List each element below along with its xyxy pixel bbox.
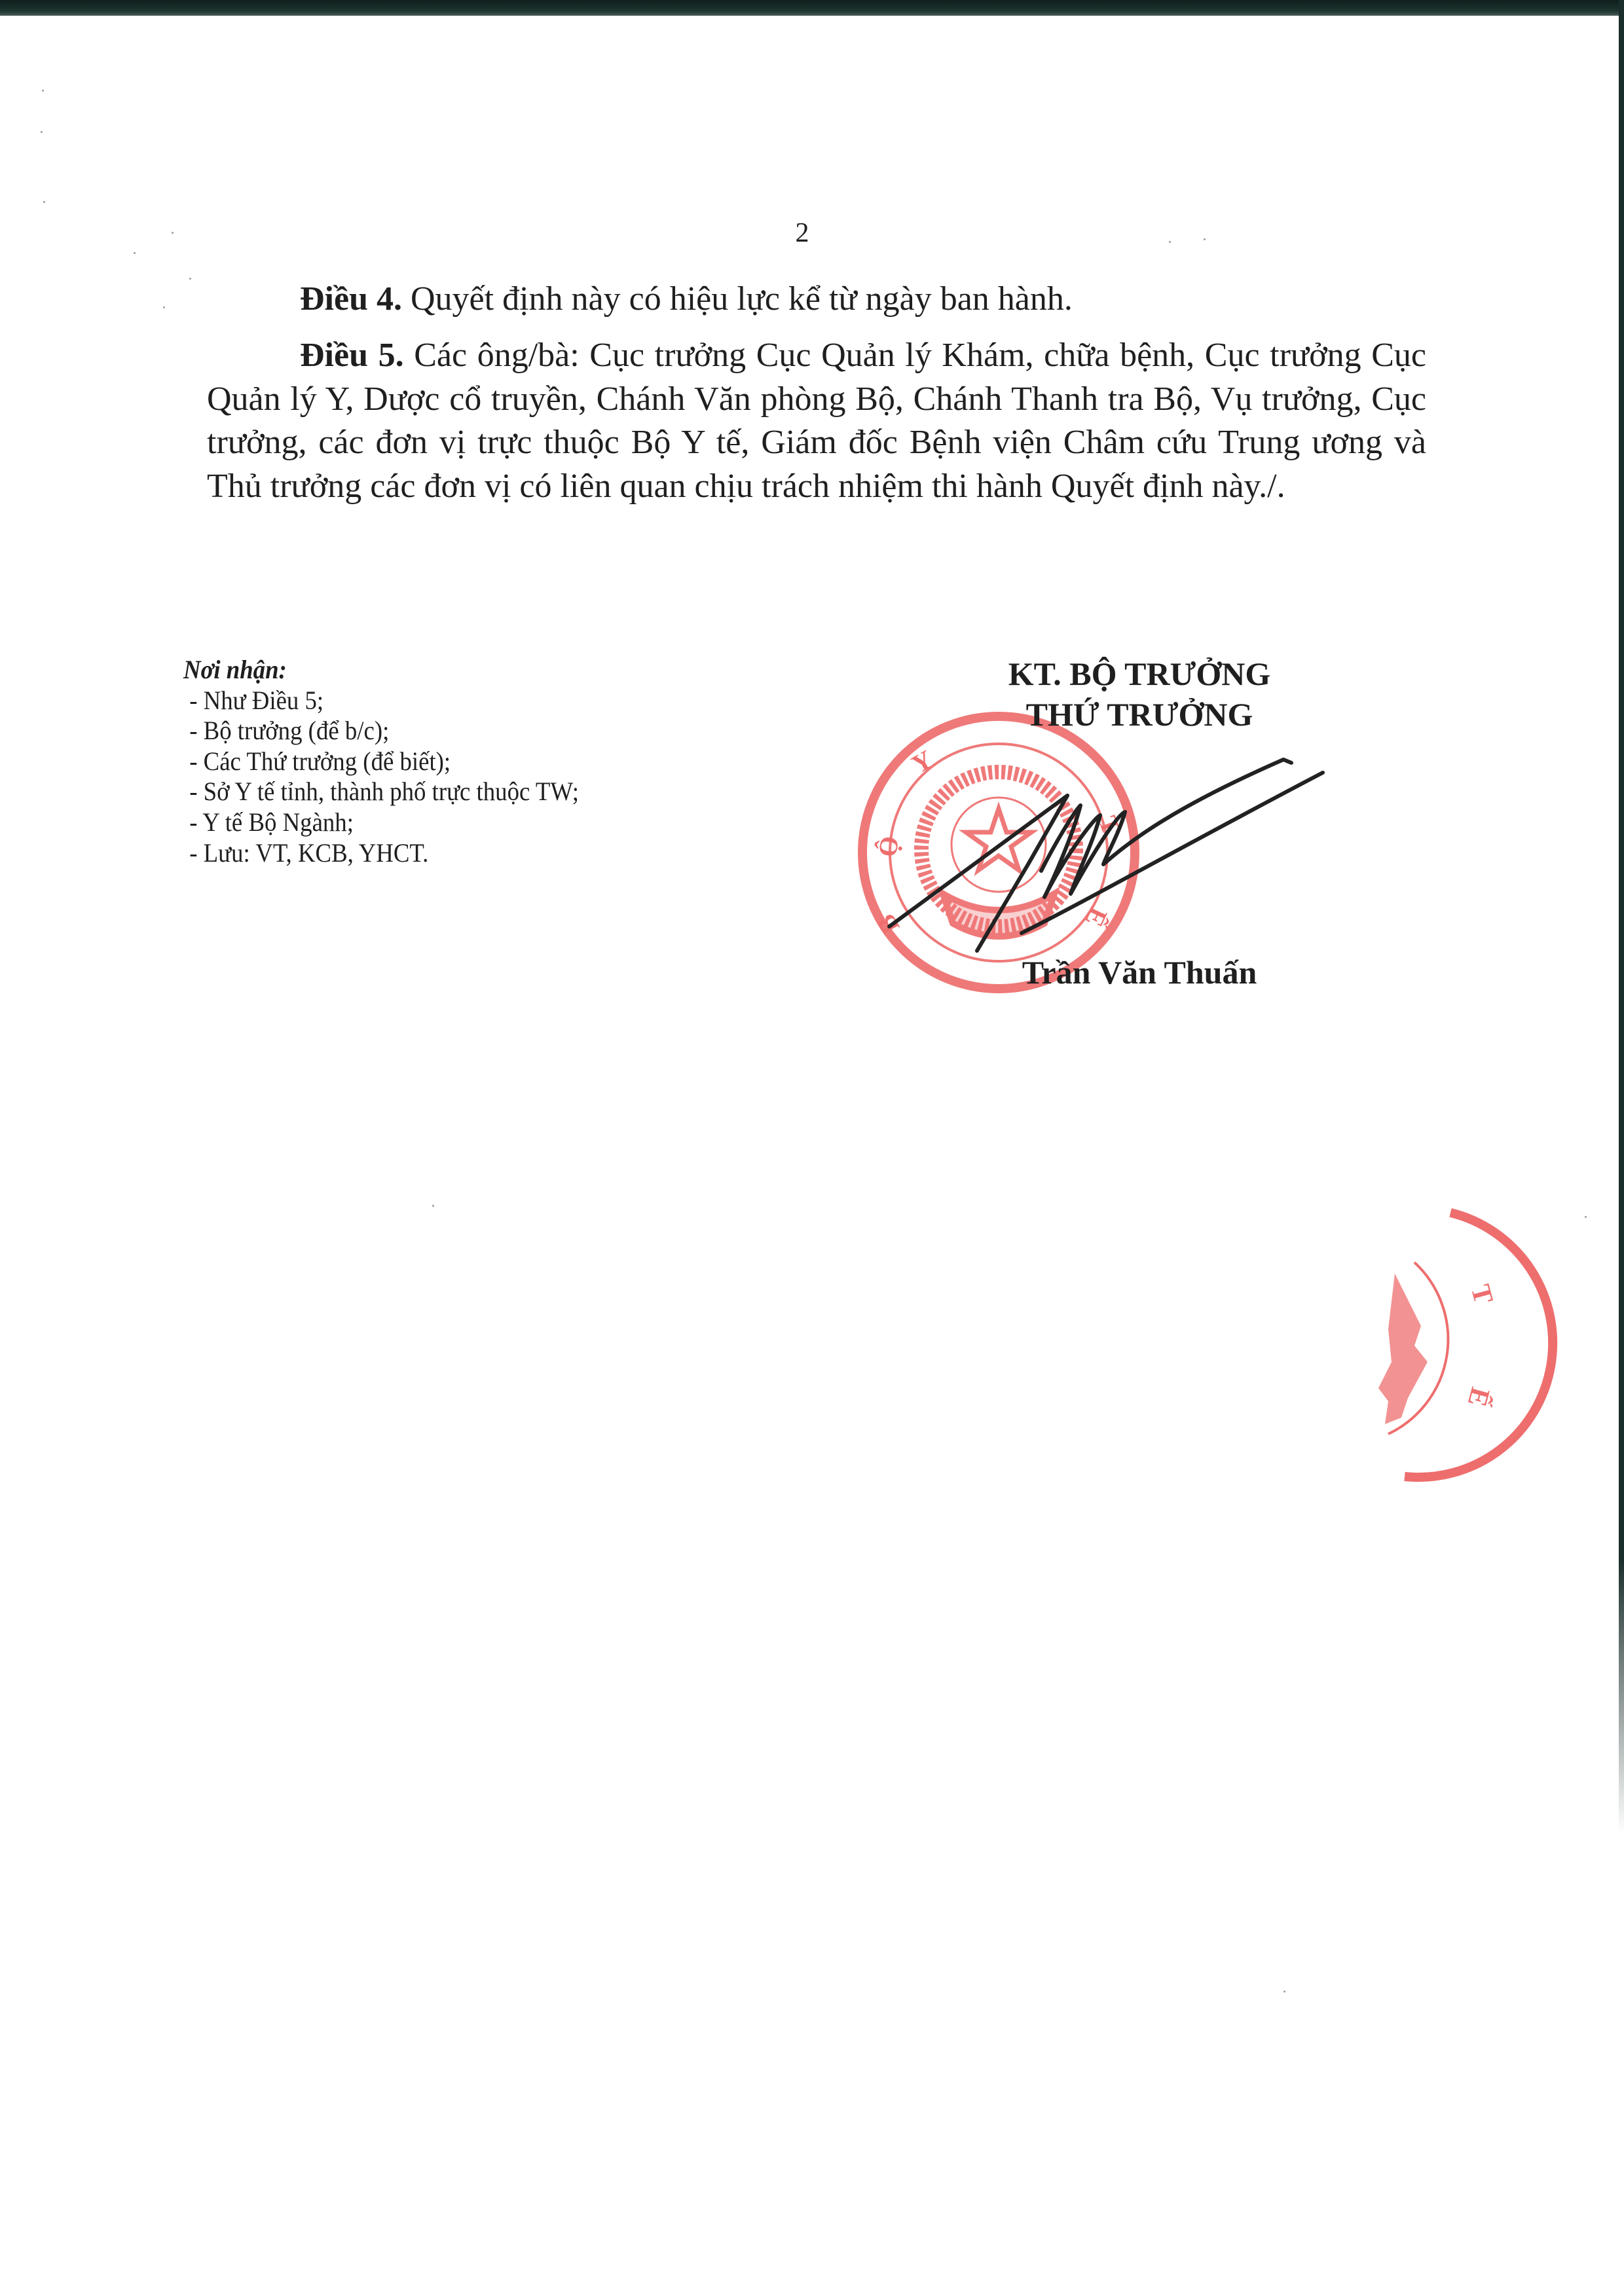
- scan-speck: [189, 278, 191, 280]
- scan-speck: [134, 252, 136, 254]
- article-5: Điều 5. Các ông/bà: Cục trưởng Cục Quản …: [207, 334, 1426, 508]
- scan-speck: [432, 1205, 434, 1207]
- scan-border-top: [0, 0, 1624, 16]
- article-4-text: Quyết định này có hiệu lực kể từ ngày ba…: [402, 280, 1073, 318]
- recipients-title: Nơi nhận:: [183, 655, 579, 686]
- svg-text:Ế: Ế: [1462, 1384, 1497, 1410]
- page-number: 2: [786, 217, 819, 249]
- scan-border-right: [1619, 0, 1624, 1833]
- recipients-block: Nơi nhận: - Như Điều 5; - Bộ trưởng (để …: [183, 655, 579, 868]
- signature-line-2: THỨ TRƯỞNG: [943, 694, 1336, 735]
- scan-speck: [172, 232, 174, 234]
- recipient-item: - Các Thứ trưởng (để biết);: [183, 746, 579, 777]
- scan-speck: [163, 306, 165, 308]
- recipient-item: - Bộ trưởng (để b/c);: [183, 716, 579, 746]
- signature-title: KT. BỘ TRƯỞNG THỨ TRƯỞNG: [943, 653, 1336, 735]
- partial-seal-icon: T Ế: [1342, 1198, 1552, 1499]
- recipient-item: - Sở Y tế tỉnh, thành phố trực thuộc TW;: [183, 777, 579, 807]
- recipient-item: - Y tế Bộ Ngành;: [183, 807, 579, 838]
- article-4: Điều 4. Quyết định này có hiệu lực kể từ…: [207, 278, 1426, 321]
- scan-speck: [1169, 241, 1171, 243]
- article-4-label: Điều 4.: [300, 280, 402, 318]
- svg-text:T: T: [1465, 1281, 1499, 1307]
- scan-speck: [43, 201, 45, 203]
- scan-speck: [41, 131, 43, 133]
- article-5-label: Điều 5.: [300, 337, 404, 374]
- scan-speck: [1204, 238, 1206, 240]
- recipient-item: - Như Điều 5;: [183, 686, 579, 716]
- signer-name: Trần Văn Thuấn: [943, 953, 1336, 991]
- scan-speck: [1283, 1991, 1285, 1992]
- signature-line-1: KT. BỘ TRƯỞNG: [943, 653, 1336, 694]
- scan-speck: [42, 90, 44, 92]
- scan-speck: [1585, 1216, 1587, 1218]
- recipient-item: - Lưu: VT, KCB, YHCT.: [183, 838, 579, 869]
- handwritten-signature-icon: [877, 733, 1375, 982]
